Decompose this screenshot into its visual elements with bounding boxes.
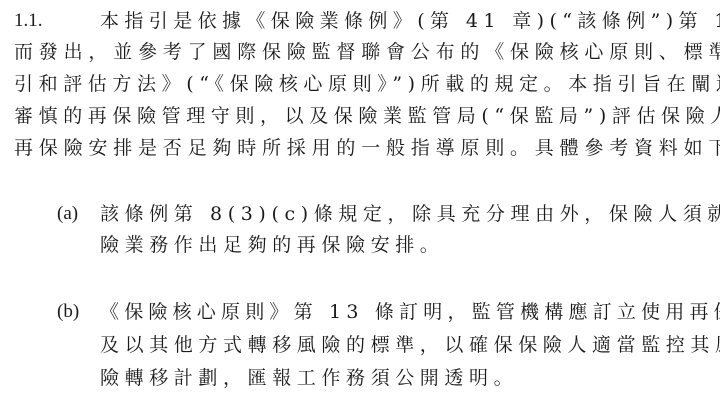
list-item-label: (b) (57, 301, 79, 323)
paragraph-line: 而發出，並參考了國際保險監督聯會公布的《保險核心原則、標準、指 (14, 41, 720, 63)
list-item-line: 及以其他方式轉移風險的標準，以確保保險人適當監控其風 (100, 334, 720, 356)
paragraph-line: 再保險安排是否足夠時所採用的一般指導原則。具體參考資料如下： (14, 137, 720, 159)
paragraph-line: 本指引是依據《保險業條例》(第 41 章)(“該條例”)第 133 條 (100, 10, 720, 32)
paragraph-line: 審慎的再保險管理守則，以及保險業監管局(“保監局”)評估保險人的 (14, 105, 720, 127)
list-item-label: (a) (57, 203, 78, 225)
paragraph-line: 引和評估方法》(“《保險核心原則》”)所載的規定。本指引旨在闡述 (14, 73, 720, 95)
list-item-line: 險業務作出足夠的再保險安排。 (100, 234, 444, 256)
list-item-line: 險轉移計劃，匯報工作務須公開透明。 (100, 367, 518, 389)
list-item-line: 《保險核心原則》第 13 條訂明，監管機構應訂立使用再保險 (100, 301, 720, 323)
section-number: 1.1. (14, 10, 43, 32)
list-item-line: 該條例第 8(3)(c)條規定，除具充分理由外，保險人須就其保 (100, 203, 720, 225)
